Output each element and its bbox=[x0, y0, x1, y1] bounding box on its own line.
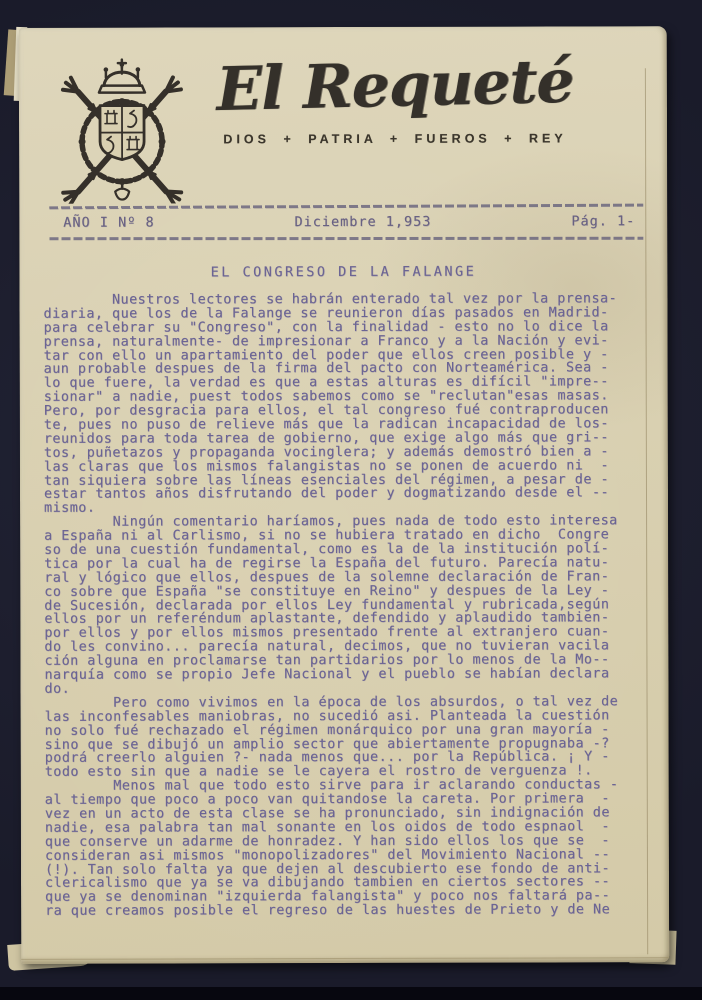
article-paragraph: Pero como vivimos en la época de los abs… bbox=[45, 695, 651, 780]
masthead: El Requeté DIOS + PATRIA + FUEROS + REY bbox=[51, 52, 639, 206]
article-line: ra que creamos posible el regreso de las… bbox=[45, 903, 651, 918]
article-paragraph: Ningún comentario haríamos, pues nada de… bbox=[44, 514, 650, 696]
article-line: estar tantos años disfrutando del poder … bbox=[44, 487, 650, 502]
article-line: narquía como se propio Jefe Nacional y e… bbox=[44, 667, 650, 682]
issue-date: Diciembre 1,953 bbox=[294, 214, 431, 230]
issue-bar: AÑO I Nº 8 Diciembre 1,953 Pág. 1- bbox=[49, 204, 643, 241]
masthead-title-block: El Requeté DIOS + PATRIA + FUEROS + REY bbox=[193, 52, 639, 146]
article-paragraph: Nuestros lectores se habrán enterado tal… bbox=[43, 292, 650, 516]
article-paragraph: Menos mal que todo esto sirve para ir ac… bbox=[45, 778, 651, 918]
issue-row: AÑO I Nº 8 Diciembre 1,953 Pág. 1- bbox=[49, 207, 643, 238]
scanned-page-background: El Requeté DIOS + PATRIA + FUEROS + REY … bbox=[0, 0, 702, 1000]
coat-of-arms-icon bbox=[51, 53, 193, 203]
publication-motto: DIOS + PATRIA + FUEROS + REY bbox=[193, 131, 597, 146]
issue-number: AÑO I Nº 8 bbox=[63, 214, 154, 230]
scan-bottom-edge bbox=[0, 987, 702, 1000]
publication-title: El Requeté bbox=[192, 48, 597, 123]
issue-page: Pág. 1- bbox=[571, 213, 635, 229]
dashed-rule-bottom bbox=[49, 237, 643, 241]
article-headline: EL CONGRESO DE LA FALANGE bbox=[19, 263, 667, 281]
newspaper-page: El Requeté DIOS + PATRIA + FUEROS + REY … bbox=[19, 26, 669, 964]
article-body: Nuestros lectores se habrán enterado tal… bbox=[43, 292, 651, 919]
coat-of-arms-emblem bbox=[51, 53, 193, 203]
